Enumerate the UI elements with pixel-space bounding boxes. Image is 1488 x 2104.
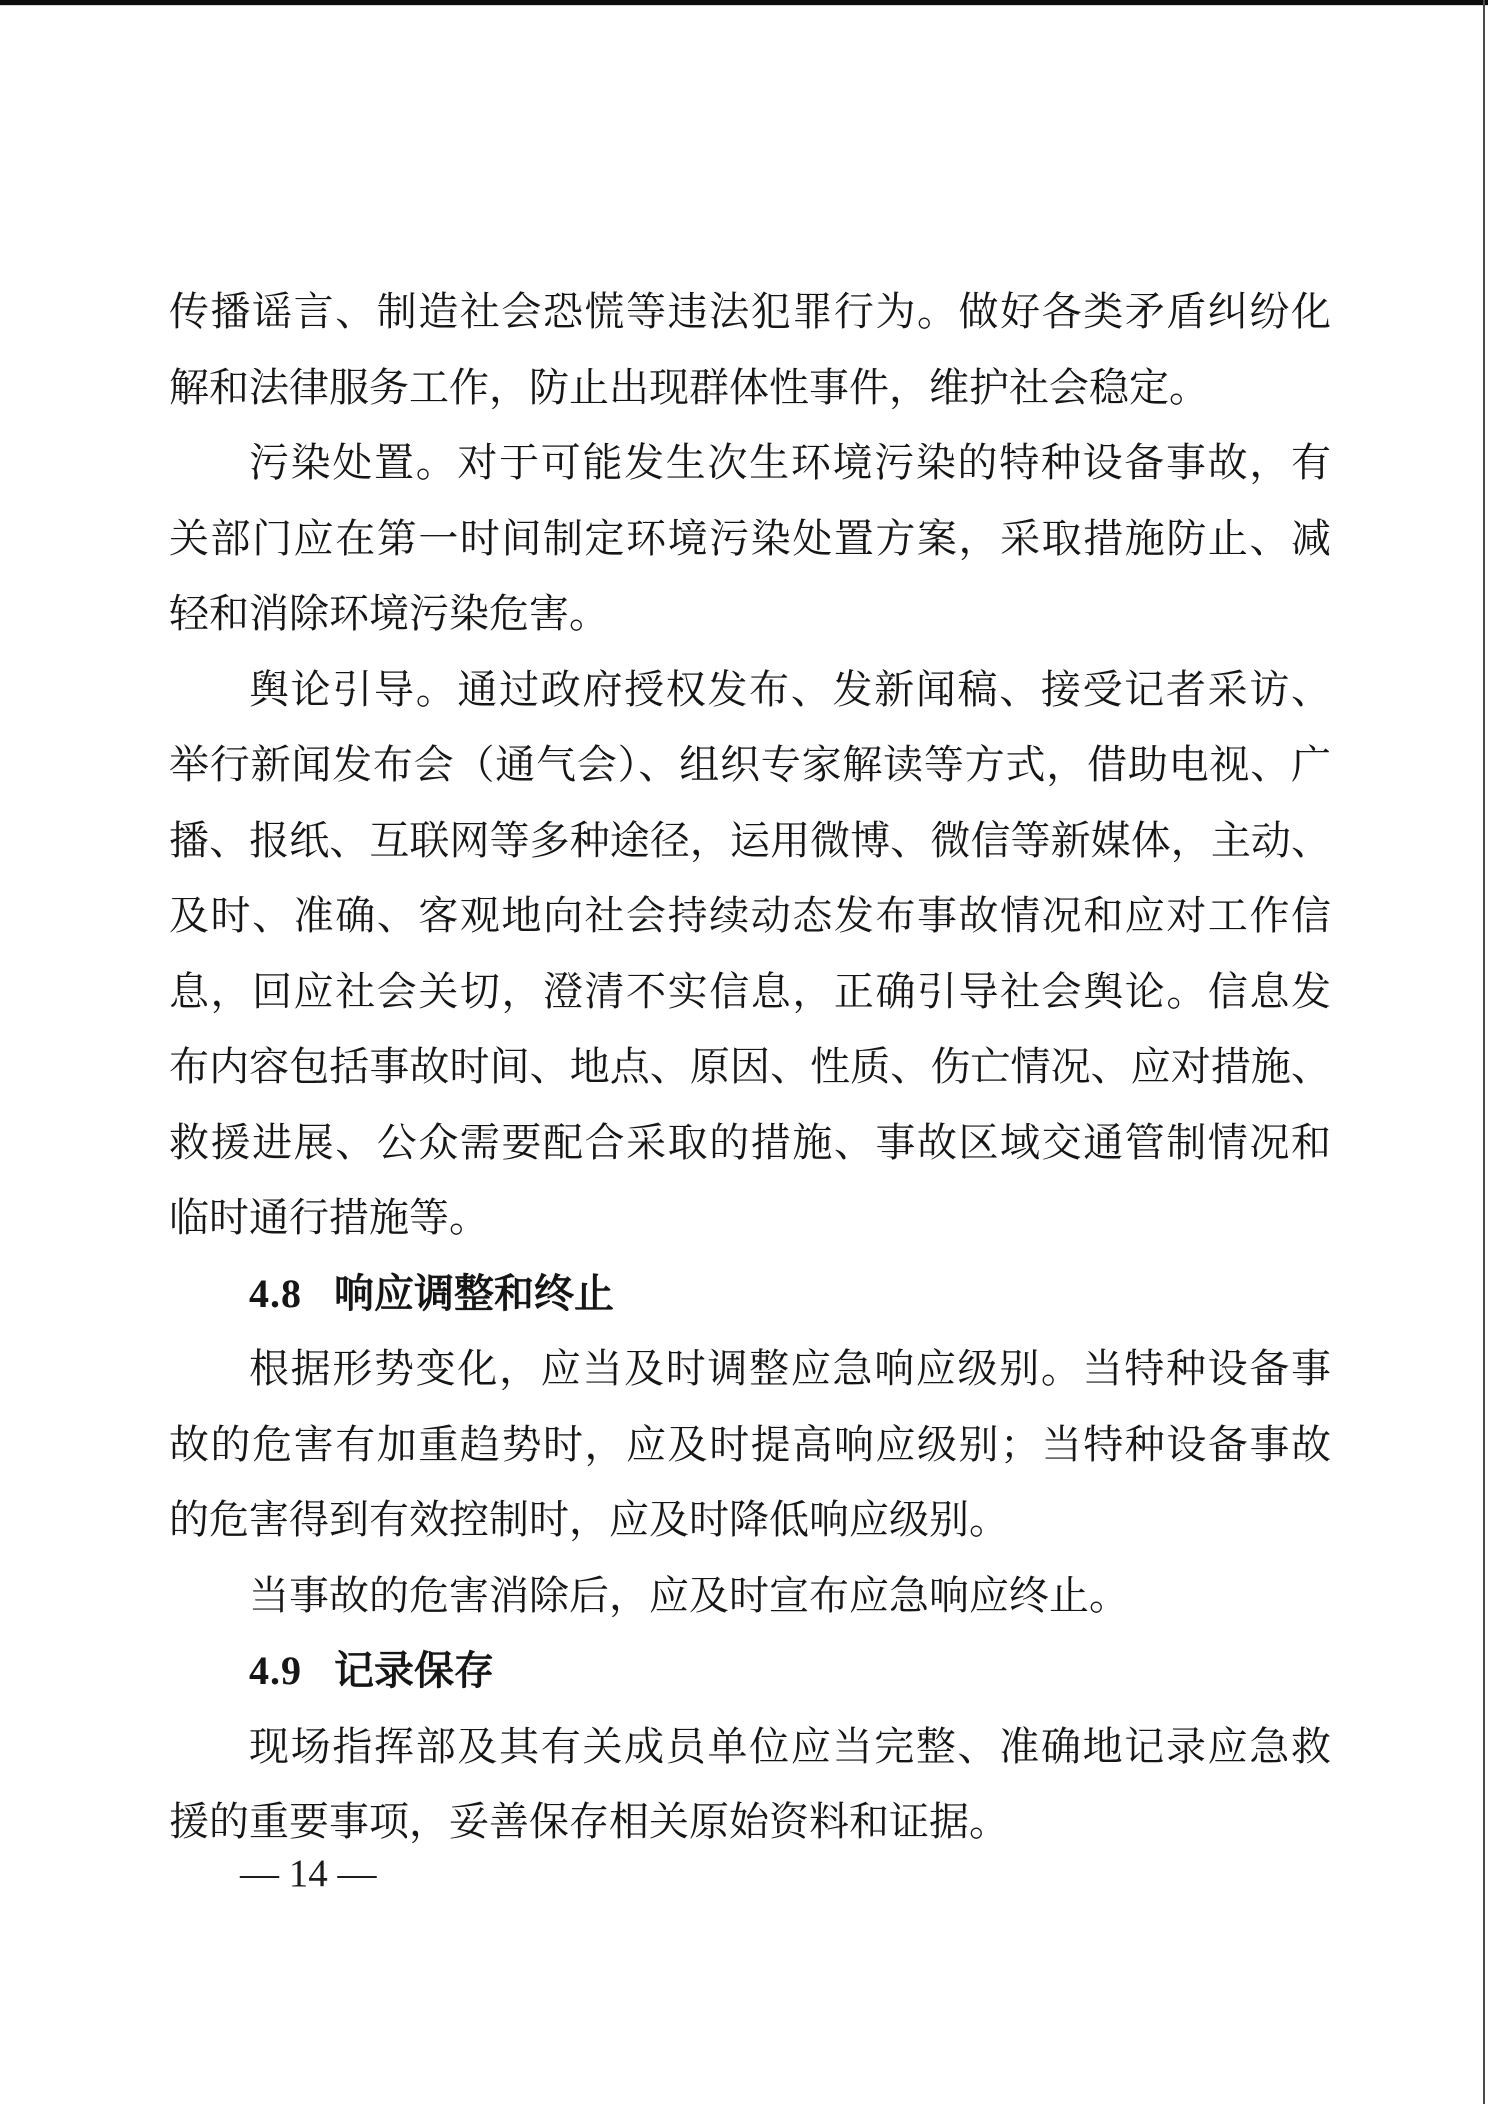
right-edge-line: [1483, 0, 1485, 2104]
text-line: 临时通行措施等。: [169, 1180, 1331, 1256]
section-title: 响应调整和终止: [334, 1271, 614, 1316]
document-body: 传播谣言、制造社会恐慌等违法犯罪行为。做好各类矛盾纠纷化 解和法律服务工作，防止…: [169, 274, 1331, 1860]
section-number: 4.9: [249, 1648, 302, 1693]
page-number: — 14 —: [240, 1852, 377, 1896]
top-edge-line: [0, 0, 1488, 6]
text-line: 解和法律服务工作，防止出现群体性事件，维护社会稳定。: [169, 350, 1331, 426]
text-line: 关部门应在第一时间制定环境污染处置方案，采取措施防止、减: [169, 501, 1331, 577]
text-line: 根据形势变化，应当及时调整应急响应级别。当特种设备事: [169, 1331, 1331, 1407]
text-line: 污染处置。对于可能发生次生环境污染的特种设备事故，有: [169, 425, 1331, 501]
text-line: 轻和消除环境污染危害。: [169, 576, 1331, 652]
text-line: 息，回应社会关切，澄清不实信息，正确引导社会舆论。信息发: [169, 954, 1331, 1030]
text-line: 故的危害有加重趋势时，应及时提高响应级别；当特种设备事故: [169, 1407, 1331, 1483]
text-line: 救援进展、公众需要配合采取的措施、事故区域交通管制情况和: [169, 1105, 1331, 1181]
section-number: 4.8: [249, 1271, 302, 1316]
text-line: 援的重要事项，妥善保存相关原始资料和证据。: [169, 1784, 1331, 1860]
text-line: 现场指挥部及其有关成员单位应当完整、准确地记录应急救: [169, 1709, 1331, 1785]
text-line: 及时、准确、客观地向社会持续动态发布事故情况和应对工作信: [169, 878, 1331, 954]
text-line: 布内容包括事故时间、地点、原因、性质、伤亡情况、应对措施、: [169, 1029, 1331, 1105]
document-page: 传播谣言、制造社会恐慌等违法犯罪行为。做好各类矛盾纠纷化 解和法律服务工作，防止…: [0, 0, 1488, 2104]
text-line: 传播谣言、制造社会恐慌等违法犯罪行为。做好各类矛盾纠纷化: [169, 274, 1331, 350]
text-line: 舆论引导。通过政府授权发布、发新闻稿、接受记者采访、: [169, 652, 1331, 728]
text-line: 的危害得到有效控制时，应及时降低响应级别。: [169, 1482, 1331, 1558]
text-line: 播、报纸、互联网等多种途径，运用微博、微信等新媒体，主动、: [169, 803, 1331, 879]
section-title: 记录保存: [334, 1648, 494, 1693]
section-heading-4-9: 4.9记录保存: [169, 1633, 1331, 1709]
text-line: 举行新闻发布会（通气会）、组织专家解读等方式，借助电视、广: [169, 727, 1331, 803]
text-line: 当事故的危害消除后，应及时宣布应急响应终止。: [169, 1558, 1331, 1634]
section-heading-4-8: 4.8响应调整和终止: [169, 1256, 1331, 1332]
